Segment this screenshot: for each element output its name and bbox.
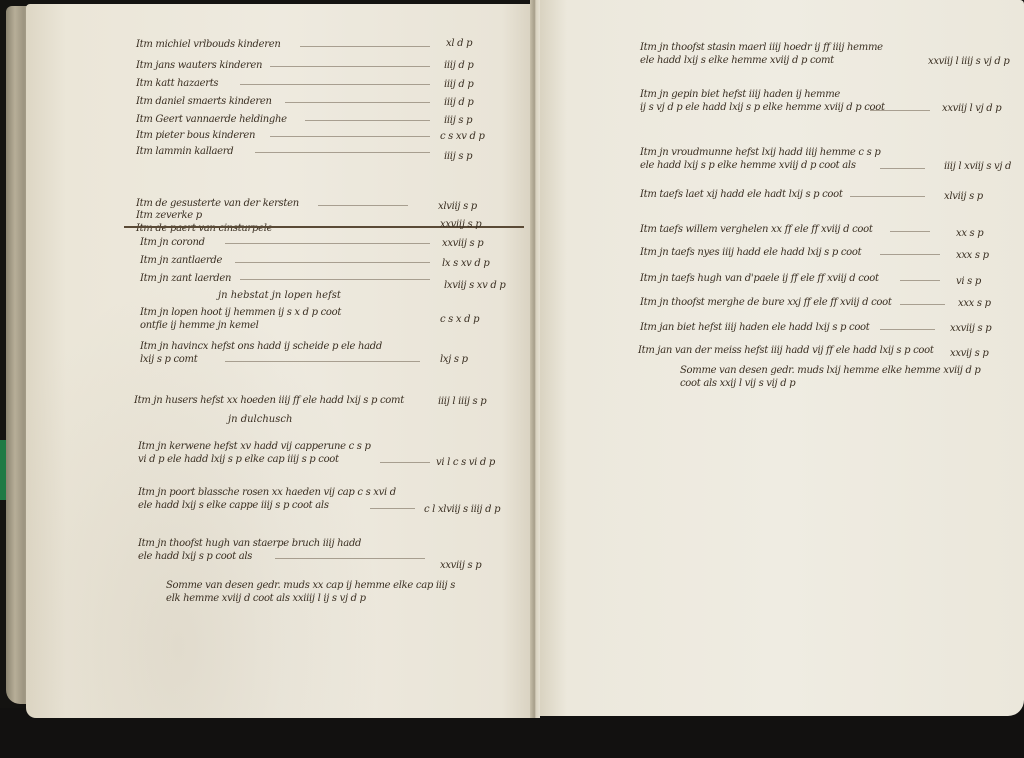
- right-entry-10: Itm jan van der meiss hefst iiij hadd vi…: [638, 344, 934, 357]
- entry-line: Itm jn corond: [140, 236, 205, 249]
- rule-line: [380, 462, 430, 463]
- right-entry-3: Itm jn vroudmunne hefst lxij hadd iiij h…: [640, 146, 880, 172]
- entry-line: Itm jn poort blassche rosen xx haeden vi…: [138, 486, 396, 499]
- amount: xxviij l iiij s vj d p: [928, 56, 1009, 67]
- left-entry-5: Itm Geert vannaerde heldinghe: [136, 113, 287, 126]
- amount: vi s p: [956, 276, 981, 287]
- amount: xlviij s p: [944, 191, 983, 202]
- rule-line: [880, 254, 940, 255]
- entry-line: Itm jn thoofst merghe de bure xxj ff ele…: [640, 296, 892, 309]
- amount: xxviij s p: [950, 323, 991, 334]
- amount: xxviij s p: [440, 219, 481, 230]
- rule-line: [225, 243, 430, 244]
- amount: xxviij s p: [442, 238, 483, 249]
- entry-line: Itm jn zant laerden: [140, 272, 231, 285]
- entry-line: Itm lammin kallaerd: [136, 145, 233, 158]
- entry-line: Itm jn havincx hefst ons hadd ij scheide…: [140, 340, 382, 353]
- entry-line: ele hadd lxij s p elke hemme xviij d p c…: [640, 159, 880, 172]
- right-summary: Somme van desen gedr. muds lxij hemme el…: [680, 364, 981, 390]
- amount: xxx s p: [958, 298, 991, 309]
- right-entry-7: Itm jn taefs hugh van d'paele ij ff ele …: [640, 272, 879, 285]
- entry-line: Itm jn gepin biet hefst iiij haden ij he…: [640, 88, 885, 101]
- rule-line: [850, 196, 925, 197]
- rule-line: [300, 46, 430, 47]
- entry-line: Itm de paert van cinsturpele: [136, 222, 272, 235]
- left-entry-6: Itm pieter bous kinderen: [136, 129, 255, 142]
- entry-line: Itm jn vroudmunne hefst lxij hadd iiij h…: [640, 146, 880, 159]
- amount: iiij d p: [444, 79, 473, 90]
- rule-line: [370, 508, 415, 509]
- section-heading: jn dulchusch: [228, 414, 292, 425]
- summary-line: coot als xxij l vij s vij d p: [680, 377, 981, 390]
- entry-line: Itm pieter bous kinderen: [136, 129, 255, 142]
- amount: xx s p: [956, 228, 983, 239]
- right-entry-2: Itm jn gepin biet hefst iiij haden ij he…: [640, 88, 885, 114]
- entry-line: Itm jans wauters kinderen: [136, 59, 262, 72]
- left-entry-16: Itm jn husers hefst xx hoeden iiij ff el…: [134, 394, 404, 407]
- section-heading: jn hebstat jn lopen hefst: [218, 290, 341, 301]
- amount: iiij d p: [444, 60, 473, 71]
- left-entry-14: Itm jn lopen hoot ij hemmen ij s x d p c…: [140, 306, 341, 332]
- summary-line: Somme van desen gedr. muds lxij hemme el…: [680, 364, 981, 377]
- right-entry-8: Itm jn thoofst merghe de bure xxj ff ele…: [640, 296, 892, 309]
- amount: iiij l xviij s vj d: [944, 161, 1011, 172]
- entry-line: Itm jn zantlaerde: [140, 254, 222, 267]
- amount: iiij d p: [444, 97, 473, 108]
- entry-line: Itm daniel smaerts kinderen: [136, 95, 272, 108]
- entry-line: Itm jn husers hefst xx hoeden iiij ff el…: [134, 394, 404, 407]
- left-entry-18: Itm jn kerwene hefst xv hadd vij capperu…: [138, 440, 371, 466]
- left-entry-2: Itm jans wauters kinderen: [136, 59, 262, 72]
- entry-line: ele hadd lxij s elke hemme xviij d p com…: [640, 54, 883, 67]
- entry-line: ij s vj d p ele hadd lxij s p elke hemme…: [640, 101, 885, 114]
- entry-line: Itm jn taefs nyes iiij hadd ele hadd lxi…: [640, 246, 861, 259]
- rule-line: [270, 136, 430, 137]
- entry-line: Itm jn thoofst hugh van staerpe bruch ii…: [138, 537, 361, 550]
- entry-line: Itm taefs laet xij hadd ele hadt lxij s …: [640, 188, 843, 201]
- entry-line: Itm michiel vrlbouds kinderen: [136, 38, 281, 51]
- left-entry-7: Itm lammin kallaerd: [136, 145, 233, 158]
- amount: xxviij l vj d p: [942, 103, 1001, 114]
- amount: lxj s p: [440, 354, 468, 365]
- amount: lxviij s xv d p: [444, 280, 505, 291]
- rule-line: [275, 558, 425, 559]
- entry-line: ele hadd lxij s elke cappe iiij s p coot…: [138, 499, 396, 512]
- left-entry-12: Itm jn zant laerden: [140, 272, 231, 285]
- amount: xxx s p: [956, 250, 989, 261]
- amount: xxvij s p: [950, 348, 988, 359]
- summary-line: Somme van desen gedr. muds xx cap ij hem…: [166, 579, 455, 592]
- amount: xxviij s p: [440, 560, 481, 571]
- entry-line: ontfie ij hemme jn kemel: [140, 319, 341, 332]
- rule-line: [270, 66, 430, 67]
- entry-line: Itm jn lopen hoot ij hemmen ij s x d p c…: [140, 306, 341, 319]
- amount: xlviij s p: [438, 201, 477, 212]
- amount: c s x d p: [440, 314, 479, 325]
- right-entry-4: Itm taefs laet xij hadd ele hadt lxij s …: [640, 188, 843, 201]
- amount: iiij s p: [444, 115, 472, 126]
- rule-line: [225, 361, 420, 362]
- rule-line: [240, 84, 430, 85]
- amount: vi l c s vi d p: [436, 457, 495, 468]
- amount: iiij s p: [444, 151, 472, 162]
- right-entry-5: Itm taefs willem verghelen xx ff ele ff …: [640, 223, 873, 236]
- left-entry-10: Itm jn corond: [140, 236, 205, 249]
- left-entry-1: Itm michiel vrlbouds kinderen: [136, 38, 281, 51]
- entry-line: Itm taefs willem verghelen xx ff ele ff …: [640, 223, 873, 236]
- entry-line: Itm Geert vannaerde heldinghe: [136, 113, 287, 126]
- left-summary: Somme van desen gedr. muds xx cap ij hem…: [166, 579, 455, 605]
- manuscript-scan: Itm michiel vrlbouds kinderen xl d p Itm…: [0, 0, 1024, 758]
- left-entry-11: Itm jn zantlaerde: [140, 254, 222, 267]
- summary-line: elk hemme xviij d coot als xxiiij l ij s…: [166, 592, 455, 605]
- rule-line: [900, 304, 945, 305]
- amount: xl d p: [446, 38, 472, 49]
- entry-line: Itm zeverke p: [136, 209, 272, 222]
- rule-line: [240, 279, 430, 280]
- amount: lx s xv d p: [442, 258, 489, 269]
- book-gutter: [530, 0, 540, 718]
- left-entry-20: Itm jn thoofst hugh van staerpe bruch ii…: [138, 537, 361, 563]
- right-entry-1: Itm jn thoofst stasin maerl iiij hoedr i…: [640, 41, 883, 67]
- left-entry-19: Itm jn poort blassche rosen xx haeden vi…: [138, 486, 396, 512]
- amount: iiij l iiij s p: [438, 396, 486, 407]
- entry-line: Itm jn thoofst stasin maerl iiij hoedr i…: [640, 41, 883, 54]
- entry-line: Itm jan biet hefst iiij haden ele hadd l…: [640, 321, 870, 334]
- right-entry-6: Itm jn taefs nyes iiij hadd ele hadd lxi…: [640, 246, 861, 259]
- left-entry-4: Itm daniel smaerts kinderen: [136, 95, 272, 108]
- entry-line: vi d p ele hadd lxij s p elke cap iiij s…: [138, 453, 371, 466]
- rule-line: [880, 329, 935, 330]
- amount: c s xv d p: [440, 131, 485, 142]
- rule-line: [285, 102, 430, 103]
- right-entry-9: Itm jan biet hefst iiij haden ele hadd l…: [640, 321, 870, 334]
- left-entry-3: Itm katt hazaerts: [136, 77, 218, 90]
- rule-line: [305, 120, 430, 121]
- rule-line: [870, 110, 930, 111]
- left-entry-9-struck: Itm zeverke pItm de paert van cinsturpel…: [136, 209, 272, 235]
- entry-line: Itm katt hazaerts: [136, 77, 218, 90]
- entry-line: Itm jan van der meiss hefst iiij hadd vi…: [638, 344, 934, 357]
- rule-line: [235, 262, 430, 263]
- entry-line: Itm jn kerwene hefst xv hadd vij capperu…: [138, 440, 371, 453]
- rule-line: [900, 280, 940, 281]
- entry-line: Itm jn taefs hugh van d'paele ij ff ele …: [640, 272, 879, 285]
- amount: c l xlviij s iiij d p: [424, 504, 500, 515]
- entry-line: ele hadd lxij s p coot als: [138, 550, 361, 563]
- entry-line: lxij s p comt: [140, 353, 382, 366]
- rule-line: [255, 152, 430, 153]
- left-entry-15: Itm jn havincx hefst ons hadd ij scheide…: [140, 340, 382, 366]
- rule-line: [318, 205, 408, 206]
- rule-line: [880, 168, 925, 169]
- rule-line: [890, 231, 930, 232]
